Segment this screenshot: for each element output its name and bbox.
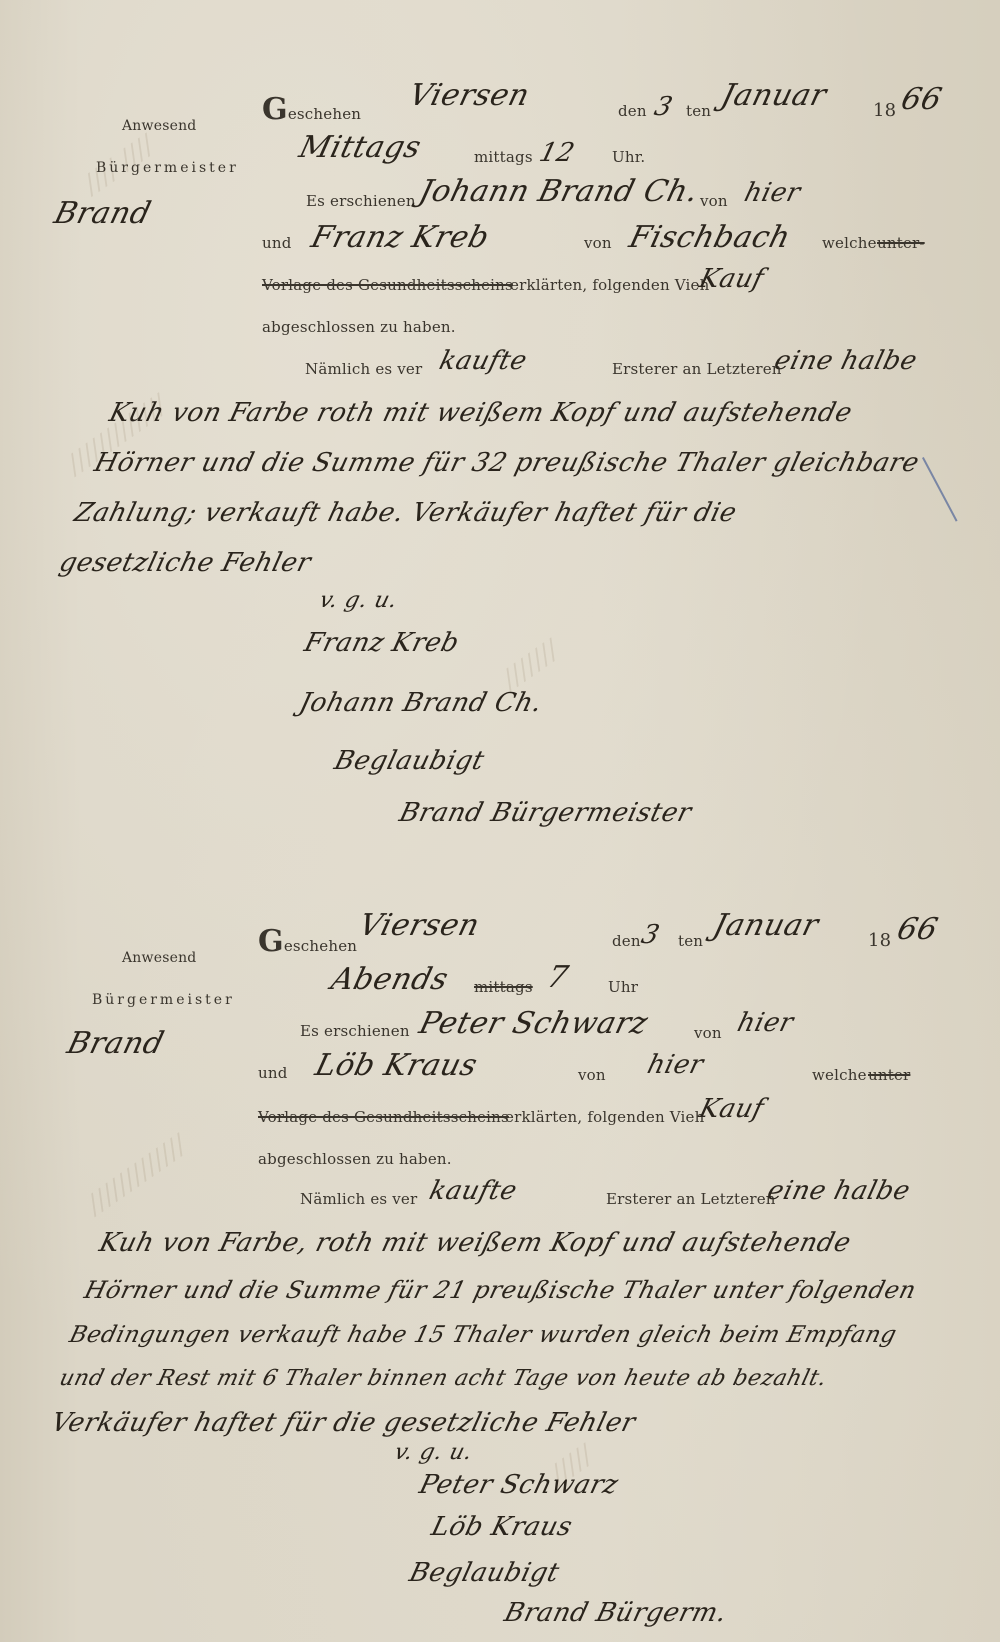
seller-from: hier xyxy=(741,178,803,208)
es-erschienen-label: Es erschienen xyxy=(300,1022,410,1040)
mittags-label: mittags xyxy=(474,148,533,166)
vorlage-struck: Vorlage des Gesundheitsscheins xyxy=(262,276,513,294)
naemlich-label: Nämlich es ver xyxy=(300,1190,417,1208)
signature-buyer: Löb Kraus xyxy=(428,1512,575,1542)
welche-label: welche xyxy=(822,234,877,252)
transaction: Kauf xyxy=(696,264,767,294)
body-line-1: Kuh von Farbe, roth mit weißem Kopf und … xyxy=(96,1228,854,1258)
blue-pencil-mark xyxy=(922,457,958,522)
erklaerten-label: erklärten, folgenden Vieh xyxy=(505,1108,704,1126)
den-label: den xyxy=(618,102,647,120)
year-prefix: 18 xyxy=(873,100,896,121)
body-line-5: Verkäufer haftet für die gesetzliche Feh… xyxy=(48,1408,638,1438)
geschehen-label: Geschehen xyxy=(262,92,361,127)
von-label-2: von xyxy=(578,1066,606,1084)
time-of-day: Mittags xyxy=(296,130,425,165)
ten-label: ten xyxy=(678,932,703,950)
day: 3 xyxy=(638,920,663,950)
month: Januar xyxy=(718,78,831,113)
place: Viersen xyxy=(356,908,484,943)
body-line-3: Zahlung; verkauft habe. Verkäufer haftet… xyxy=(71,498,740,528)
time-of-day: Abends xyxy=(328,962,452,997)
es-erschienen-label: Es erschienen xyxy=(306,192,416,210)
year-suffix: 66 xyxy=(894,912,942,947)
signature-buyer: Franz Kreb xyxy=(301,628,462,658)
buyer-from: Fischbach xyxy=(626,220,794,255)
vgu-mark: v. g. u. xyxy=(317,588,400,613)
verb-suffix: kaufte xyxy=(436,346,530,376)
body-line-2: Hörner und die Summe für 32 preußische T… xyxy=(91,448,922,478)
naemlich-label: Nämlich es ver xyxy=(305,360,422,378)
present-label: Anwesend xyxy=(122,118,196,134)
buyer-name: Löb Kraus xyxy=(312,1048,481,1083)
beglaubigt: Beglaubigt xyxy=(406,1558,562,1588)
den-label: den xyxy=(612,932,641,950)
uhr-label: Uhr xyxy=(608,978,638,996)
geschehen-label: Geschehen xyxy=(258,924,357,959)
seller-name: Peter Schwarz xyxy=(416,1006,652,1041)
mayor-name: Brand xyxy=(64,1026,168,1061)
seller-name: Johann Brand Ch. xyxy=(416,174,702,209)
body-line-2: Hörner und die Summe für 21 preußische T… xyxy=(82,1276,920,1304)
mayor-label: Bürgermeister xyxy=(96,160,239,176)
von-label: von xyxy=(700,192,728,210)
unter-struck: unter- xyxy=(877,234,925,252)
unter-struck: unter xyxy=(868,1066,910,1084)
beglaubigt: Beglaubigt xyxy=(331,746,487,776)
place: Viersen xyxy=(406,78,534,113)
erklaerten-label: erklärten, folgenden Vieh xyxy=(510,276,709,294)
month: Januar xyxy=(710,908,823,943)
year-prefix: 18 xyxy=(868,930,891,951)
body-line-1: Kuh von Farbe roth mit weißem Kopf und a… xyxy=(106,398,855,428)
body-line-4: gesetzliche Fehler xyxy=(56,548,314,578)
object-start: eine halbe xyxy=(764,1176,913,1206)
day: 3 xyxy=(651,92,676,122)
verb-suffix: kaufte xyxy=(426,1176,520,1206)
buyer-from: hier xyxy=(644,1050,706,1080)
und-label: und xyxy=(258,1064,288,1082)
abgeschlossen-label: abgeschlossen zu haben. xyxy=(258,1150,452,1168)
body-line-4: und der Rest mit 6 Thaler binnen acht Ta… xyxy=(57,1366,830,1391)
mayor-name: Brand xyxy=(51,196,155,231)
ersterer-label: Ersterer an Letzteren xyxy=(612,360,782,378)
body-line-3: Bedingungen verkauft habe 15 Thaler wurd… xyxy=(67,1322,900,1348)
hour: 12 xyxy=(536,138,578,168)
document-page: //// //// ///////////// /////// ////////… xyxy=(0,0,1000,1642)
welche-label: welche xyxy=(812,1066,867,1084)
uhr-label: Uhr. xyxy=(612,148,645,166)
official-signature: Brand Bürgerm. xyxy=(501,1598,730,1628)
ten-label: ten xyxy=(686,102,711,120)
present-label: Anwesend xyxy=(122,950,196,966)
object-start: eine halbe xyxy=(771,346,920,376)
buyer-name: Franz Kreb xyxy=(308,220,493,255)
abgeschlossen-label: abgeschlossen zu haben. xyxy=(262,318,456,336)
signature-seller: Johann Brand Ch. xyxy=(296,688,545,718)
mittags-struck: mittags xyxy=(474,978,533,996)
und-label: und xyxy=(262,234,292,252)
von-label: von xyxy=(694,1024,722,1042)
hour: 7 xyxy=(544,960,572,995)
signature-seller: Peter Schwarz xyxy=(416,1470,621,1500)
official-signature: Brand Bürgermeister xyxy=(396,798,694,828)
seller-from: hier xyxy=(734,1008,796,1038)
von-label-2: von xyxy=(584,234,612,252)
vgu-mark: v. g. u. xyxy=(392,1440,475,1465)
transaction: Kauf xyxy=(696,1094,767,1124)
year-suffix: 66 xyxy=(898,82,946,117)
mayor-label: Bürgermeister xyxy=(92,992,235,1008)
vorlage-struck: Vorlage des Gesundheitsscheins xyxy=(258,1108,509,1126)
ersterer-label: Ersterer an Letzteren xyxy=(606,1190,776,1208)
